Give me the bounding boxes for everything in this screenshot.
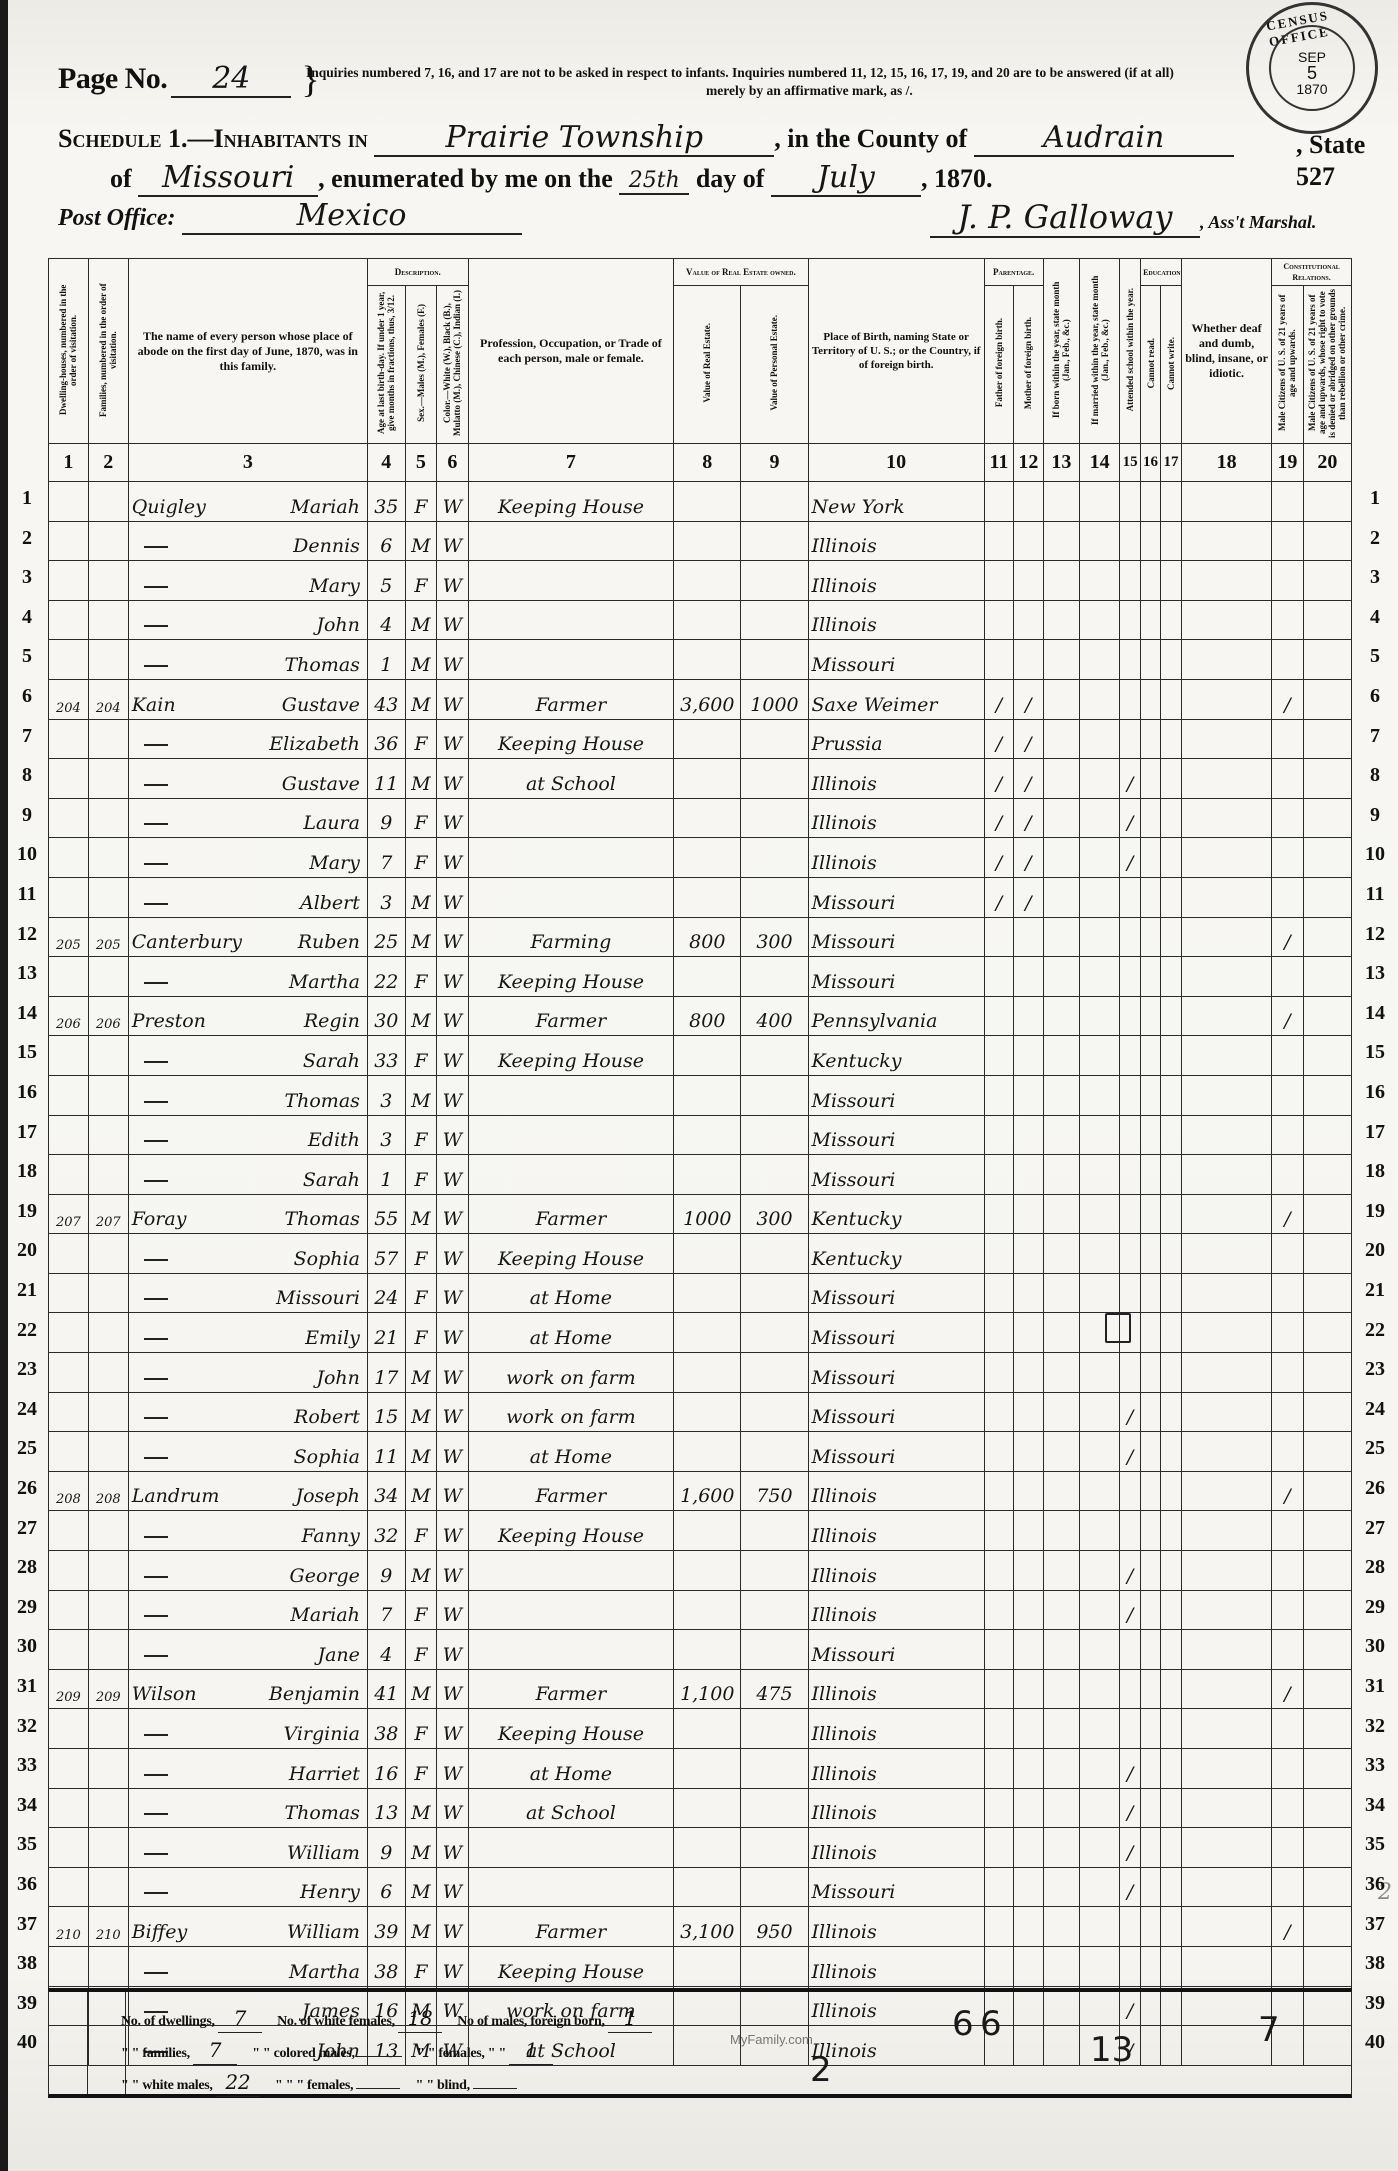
line-number: 36: [1360, 1873, 1390, 1896]
of-label: of: [110, 164, 132, 193]
personal-estate-value: 400: [741, 996, 808, 1036]
ditto-dash: [144, 1853, 168, 1855]
line-number: 18: [1360, 1160, 1390, 1183]
vote-denied: [1303, 1630, 1351, 1670]
color: W: [437, 640, 468, 680]
age: 22: [367, 957, 405, 997]
family-number: [88, 957, 128, 997]
cannot-read: [1141, 600, 1161, 640]
vote-denied: [1303, 1115, 1351, 1155]
birthplace: Missouri: [808, 917, 984, 957]
age: 15: [367, 1392, 405, 1432]
mother-foreign-mark: [1014, 1511, 1043, 1551]
sex: F: [405, 1946, 436, 1986]
ditto-dash: [144, 744, 168, 746]
age: 3: [367, 877, 405, 917]
born-within-year: [1043, 1709, 1080, 1749]
color: W: [437, 679, 468, 719]
col-age-header: Age at last birth-day. If under 1 year, …: [367, 286, 405, 444]
line-number: 32: [1360, 1715, 1390, 1738]
mother-foreign-mark: [1014, 1907, 1043, 1947]
birthplace: Missouri: [808, 1432, 984, 1472]
surname: [132, 1763, 202, 1785]
born-within-year: [1043, 1907, 1080, 1947]
colored-females-count: [356, 2088, 400, 2089]
surname: [132, 1090, 202, 1112]
county-label: , in the County of: [774, 124, 967, 153]
table-row: John17MWwork on farmMissouri: [49, 1353, 1352, 1393]
mother-foreign-mark: [1014, 996, 1043, 1036]
given-name: Thomas: [284, 1090, 363, 1112]
dwelling-number: [49, 1432, 89, 1472]
father-foreign-mark: /: [984, 719, 1013, 759]
attended-school-mark: [1120, 1273, 1141, 1313]
personal-estate-value: [741, 600, 808, 640]
line-number: 17: [12, 1121, 42, 1144]
dwelling-number: 206: [49, 996, 89, 1036]
line-number: 10: [12, 843, 42, 866]
sex: M: [405, 1075, 436, 1115]
line-number: 3: [1360, 566, 1390, 589]
married-within-year: [1080, 679, 1120, 719]
birthplace: Kentucky: [808, 1036, 984, 1076]
col-name-header: The name of every person whose place of …: [128, 259, 367, 444]
disability: [1181, 957, 1271, 997]
cannot-read: [1141, 1313, 1161, 1353]
group-description-header: Description.: [367, 259, 468, 286]
age: 3: [367, 1075, 405, 1115]
table-row: Dennis6MWIllinois: [49, 521, 1352, 561]
father-foreign-mark: [984, 1273, 1013, 1313]
cannot-read: [1141, 521, 1161, 561]
color: W: [437, 996, 468, 1036]
occupation: [468, 561, 674, 601]
surname: [132, 1169, 202, 1191]
father-foreign-mark: [984, 640, 1013, 680]
born-within-year: [1043, 1946, 1080, 1986]
ditto-dash: [144, 1101, 168, 1103]
married-within-year: [1080, 1471, 1120, 1511]
surname: Biffey: [132, 1921, 202, 1943]
father-foreign-mark: [984, 1471, 1013, 1511]
cannot-read: [1141, 1828, 1161, 1868]
surname: [132, 614, 202, 636]
line-number: 5: [12, 645, 42, 668]
surname: [132, 1367, 202, 1389]
ink-box-mark: [1105, 1313, 1131, 1343]
personal-estate-value: 750: [741, 1471, 808, 1511]
person-name: Thomas: [128, 1075, 367, 1115]
group-parentage-header: Parentage.: [984, 259, 1043, 286]
born-within-year: [1043, 1115, 1080, 1155]
given-name: Laura: [303, 812, 364, 834]
father-foreign-mark: /: [984, 759, 1013, 799]
surname: [132, 1644, 202, 1666]
color: W: [437, 1234, 468, 1274]
age: 38: [367, 1709, 405, 1749]
attended-school-mark: /: [1120, 1867, 1141, 1907]
line-number: 2: [1360, 527, 1390, 550]
line-number: 9: [1360, 804, 1390, 827]
col-attended-school-header: Attended school within the year.: [1120, 259, 1141, 444]
attended-school-mark: [1120, 1630, 1141, 1670]
age: 21: [367, 1313, 405, 1353]
given-name: Regin: [304, 1010, 364, 1032]
person-name: LandrumJoseph: [128, 1471, 367, 1511]
color: W: [437, 1946, 468, 1986]
sex: M: [405, 1867, 436, 1907]
color: W: [437, 1194, 468, 1234]
real-estate-value: [674, 1511, 741, 1551]
sex: F: [405, 1115, 436, 1155]
citizen-mark: [1272, 1749, 1303, 1789]
surname: [132, 654, 202, 676]
father-foreign-mark: /: [984, 798, 1013, 838]
inquiry-line-2: merely by an affirmative mark, as /.: [306, 82, 1356, 100]
disability: [1181, 1115, 1271, 1155]
occupation: Keeping House: [468, 1709, 674, 1749]
col-cannot-read-header: Cannot read.: [1141, 286, 1161, 444]
line-number: 30: [12, 1635, 42, 1658]
vote-denied: [1303, 1075, 1351, 1115]
mother-foreign-mark: [1014, 1788, 1043, 1828]
family-number: 204: [88, 679, 128, 719]
citizen-mark: [1272, 640, 1303, 680]
col-num: 19: [1272, 444, 1303, 482]
born-within-year: [1043, 679, 1080, 719]
cannot-write: [1160, 1353, 1181, 1393]
real-estate-value: [674, 1946, 741, 1986]
citizen-mark: /: [1272, 1194, 1303, 1234]
family-number: [88, 1353, 128, 1393]
married-within-year: [1080, 877, 1120, 917]
table-row: 204204KainGustave43MWFarmer3,6001000Saxe…: [49, 679, 1352, 719]
line-number: 12: [12, 923, 42, 946]
birthplace: Illinois: [808, 1749, 984, 1789]
mother-foreign-mark: [1014, 1155, 1043, 1195]
real-estate-value: [674, 640, 741, 680]
sex: F: [405, 1630, 436, 1670]
mother-foreign-mark: [1014, 957, 1043, 997]
birthplace: Illinois: [808, 798, 984, 838]
married-within-year: [1080, 521, 1120, 561]
vote-denied: [1303, 798, 1351, 838]
birthplace: Kentucky: [808, 1194, 984, 1234]
born-within-year: [1043, 1828, 1080, 1868]
dwelling-number: [49, 759, 89, 799]
dwelling-number: [49, 640, 89, 680]
dwelling-number: [49, 521, 89, 561]
given-name: Ruben: [298, 931, 364, 953]
given-name: John: [316, 614, 364, 636]
cannot-read: [1141, 917, 1161, 957]
family-number: 207: [88, 1194, 128, 1234]
father-foreign-mark: [984, 1946, 1013, 1986]
table-row: Gustave11MWat SchoolIllinois///: [49, 759, 1352, 799]
cannot-read: [1141, 1273, 1161, 1313]
dwelling-number: [49, 1036, 89, 1076]
father-foreign-mark: [984, 1551, 1013, 1591]
family-number: [88, 1392, 128, 1432]
line-number: 23: [1360, 1358, 1390, 1381]
occupation: Keeping House: [468, 482, 674, 522]
real-estate-value: [674, 1234, 741, 1274]
mother-foreign-mark: [1014, 482, 1043, 522]
line-number: 6: [12, 685, 42, 708]
white-females-count: 18: [398, 2004, 442, 2033]
occupation: Farmer: [468, 996, 674, 1036]
sex: M: [405, 1353, 436, 1393]
occupation: [468, 877, 674, 917]
married-within-year: [1080, 1234, 1120, 1274]
vote-denied: [1303, 561, 1351, 601]
disability: [1181, 1788, 1271, 1828]
ditto-dash: [144, 784, 168, 786]
dwelling-number: 209: [49, 1669, 89, 1709]
real-estate-value: [674, 521, 741, 561]
mother-foreign-mark: [1014, 1828, 1043, 1868]
cannot-write: [1160, 1155, 1181, 1195]
real-estate-value: [674, 1788, 741, 1828]
sex: M: [405, 679, 436, 719]
real-estate-value: [674, 1749, 741, 1789]
attended-school-mark: /: [1120, 1828, 1141, 1868]
line-number: 21: [1360, 1279, 1390, 1302]
col-num: 2: [88, 444, 128, 482]
citizen-mark: [1272, 877, 1303, 917]
attended-school-mark: [1120, 521, 1141, 561]
citizen-mark: [1272, 1273, 1303, 1313]
col-birthplace-header: Place of Birth, naming State or Territor…: [808, 259, 984, 444]
cannot-read: [1141, 640, 1161, 680]
disability: [1181, 1551, 1271, 1591]
line-number: 35: [1360, 1833, 1390, 1856]
dwelling-number: [49, 1946, 89, 1986]
ditto-dash: [144, 903, 168, 905]
line-number: 13: [12, 962, 42, 985]
family-number: [88, 1075, 128, 1115]
surname: [132, 1327, 202, 1349]
married-within-year: [1080, 996, 1120, 1036]
birthplace: Missouri: [808, 1353, 984, 1393]
mother-foreign-mark: /: [1014, 759, 1043, 799]
born-within-year: [1043, 1273, 1080, 1313]
ditto-dash: [144, 1140, 168, 1142]
occupation: [468, 1155, 674, 1195]
age: 9: [367, 1828, 405, 1868]
table-row: Thomas1MWMissouri: [49, 640, 1352, 680]
line-number: 28: [1360, 1556, 1390, 1579]
given-name: John: [316, 1367, 364, 1389]
citizen-mark: [1272, 561, 1303, 601]
disability: [1181, 1511, 1271, 1551]
sex: F: [405, 1036, 436, 1076]
cannot-read: [1141, 838, 1161, 878]
cannot-read: [1141, 759, 1161, 799]
dwelling-number: [49, 1273, 89, 1313]
color: W: [437, 1392, 468, 1432]
father-foreign-mark: [984, 1234, 1013, 1274]
dwelling-number: [49, 1155, 89, 1195]
line-number: 4: [12, 606, 42, 629]
born-within-year: [1043, 1036, 1080, 1076]
attended-school-mark: [1120, 877, 1141, 917]
line-number: 7: [12, 725, 42, 748]
occupation: [468, 1867, 674, 1907]
line-number: 33: [12, 1754, 42, 1777]
personal-estate-value: [741, 957, 808, 997]
real-estate-value: [674, 1273, 741, 1313]
group-education-header: Education.: [1141, 259, 1182, 286]
person-name: William: [128, 1828, 367, 1868]
birthplace: Missouri: [808, 957, 984, 997]
cannot-read: [1141, 1471, 1161, 1511]
cannot-write: [1160, 521, 1181, 561]
cannot-write: [1160, 1392, 1181, 1432]
dwelling-number: [49, 719, 89, 759]
tally-misc: 2: [810, 2050, 832, 2090]
cannot-write: [1160, 600, 1181, 640]
age: 43: [367, 679, 405, 719]
family-number: [88, 1036, 128, 1076]
mother-foreign-mark: [1014, 1551, 1043, 1591]
cannot-read: [1141, 996, 1161, 1036]
line-number: 40: [1360, 2031, 1390, 2054]
occupation: Keeping House: [468, 1036, 674, 1076]
mother-foreign-mark: [1014, 1392, 1043, 1432]
surname: [132, 535, 202, 557]
family-number: [88, 798, 128, 838]
given-name: Elizabeth: [269, 733, 364, 755]
personal-estate-value: [741, 640, 808, 680]
married-within-year: [1080, 1788, 1120, 1828]
color: W: [437, 759, 468, 799]
table-row: Mariah7FWIllinois/: [49, 1590, 1352, 1630]
sex: M: [405, 1551, 436, 1591]
colored-males-label: " " colored males,: [252, 2046, 354, 2061]
cannot-write: [1160, 1194, 1181, 1234]
col-num: 16: [1141, 444, 1161, 482]
age: 7: [367, 1590, 405, 1630]
personal-estate-value: [741, 1788, 808, 1828]
line-number: 10: [1360, 843, 1390, 866]
census-rows: QuigleyMariah35FWKeeping HouseNew YorkDe…: [49, 482, 1352, 2066]
county-field: Audrain: [974, 120, 1234, 157]
citizen-mark: [1272, 1392, 1303, 1432]
real-estate-value: [674, 1867, 741, 1907]
person-name: Sarah: [128, 1155, 367, 1195]
real-estate-value: [674, 1313, 741, 1353]
dwelling-number: [49, 1234, 89, 1274]
col-father-foreign-header: Father of foreign birth.: [984, 286, 1013, 444]
ditto-dash: [144, 1813, 168, 1815]
disability: [1181, 1828, 1271, 1868]
line-number: 23: [12, 1358, 42, 1381]
personal-estate-value: [741, 759, 808, 799]
column-number-row: 1 2 3 4 5 6 7 8 9 10 11 12 13 14 15 16 1: [49, 444, 1352, 482]
inquiry-line-1: Inquiries numbered 7, 16, and 17 are not…: [306, 65, 1174, 80]
cannot-write: [1160, 679, 1181, 719]
mother-foreign-mark: [1014, 1590, 1043, 1630]
ditto-dash: [144, 1655, 168, 1657]
father-foreign-mark: [984, 1907, 1013, 1947]
father-foreign-mark: [984, 1669, 1013, 1709]
real-estate-value: 1,600: [674, 1471, 741, 1511]
citizen-mark: /: [1272, 1471, 1303, 1511]
occupation: at Home: [468, 1313, 674, 1353]
birthplace: Kentucky: [808, 1234, 984, 1274]
vote-denied: [1303, 1313, 1351, 1353]
citizen-mark: /: [1272, 679, 1303, 719]
citizen-mark: [1272, 1511, 1303, 1551]
schedule-label: Schedule 1.—Inhabitants in: [58, 124, 368, 153]
person-name: Elizabeth: [128, 719, 367, 759]
mother-foreign-mark: [1014, 1273, 1043, 1313]
color: W: [437, 1907, 468, 1947]
citizen-mark: [1272, 1115, 1303, 1155]
birthplace: Illinois: [808, 561, 984, 601]
family-number: [88, 838, 128, 878]
dwelling-number: 207: [49, 1194, 89, 1234]
cannot-write: [1160, 1075, 1181, 1115]
line-number: 13: [1360, 962, 1390, 985]
cannot-read: [1141, 1709, 1161, 1749]
table-row: Missouri24FWat HomeMissouri: [49, 1273, 1352, 1313]
personal-estate-value: [741, 838, 808, 878]
given-name: Mariah: [290, 1604, 364, 1626]
col-real-estate-header: Value of Real Estate.: [674, 286, 741, 444]
col-dwelling-header: Dwelling-houses, numbered in the order o…: [49, 259, 89, 444]
family-number: 209: [88, 1669, 128, 1709]
father-foreign-mark: [984, 1867, 1013, 1907]
cannot-write: [1160, 1313, 1181, 1353]
watermark: MyFamily.com: [730, 2032, 813, 2047]
table-row: 210210BiffeyWilliam39MWFarmer3,100950Ill…: [49, 1907, 1352, 1947]
citizen-mark: /: [1272, 996, 1303, 1036]
line-number: 34: [12, 1794, 42, 1817]
vote-denied: [1303, 838, 1351, 878]
vote-denied: [1303, 1432, 1351, 1472]
page-number: Page No. 24 }: [58, 58, 326, 102]
birthplace: Illinois: [808, 1511, 984, 1551]
line-number: 40: [12, 2031, 42, 2054]
given-name: Mary: [309, 575, 364, 597]
family-number: [88, 1630, 128, 1670]
line-number: 20: [1360, 1239, 1390, 1262]
personal-estate-value: [741, 1590, 808, 1630]
married-within-year: [1080, 1669, 1120, 1709]
age: 11: [367, 759, 405, 799]
white-males-label: " " white males,: [121, 2078, 213, 2093]
attended-school-mark: [1120, 719, 1141, 759]
person-name: Martha: [128, 1946, 367, 1986]
cannot-write: [1160, 917, 1181, 957]
real-estate-value: [674, 1590, 741, 1630]
vote-denied: [1303, 957, 1351, 997]
cannot-read: [1141, 1590, 1161, 1630]
attended-school-mark: [1120, 996, 1141, 1036]
color: W: [437, 798, 468, 838]
white-males-count: 22: [216, 2068, 260, 2097]
cannot-read: [1141, 798, 1161, 838]
sex: F: [405, 1709, 436, 1749]
married-within-year: [1080, 1392, 1120, 1432]
ditto-dash: [144, 1298, 168, 1300]
sex: M: [405, 877, 436, 917]
citizen-mark: [1272, 1590, 1303, 1630]
surname: [132, 1129, 202, 1151]
ditto-dash: [144, 1972, 168, 1974]
